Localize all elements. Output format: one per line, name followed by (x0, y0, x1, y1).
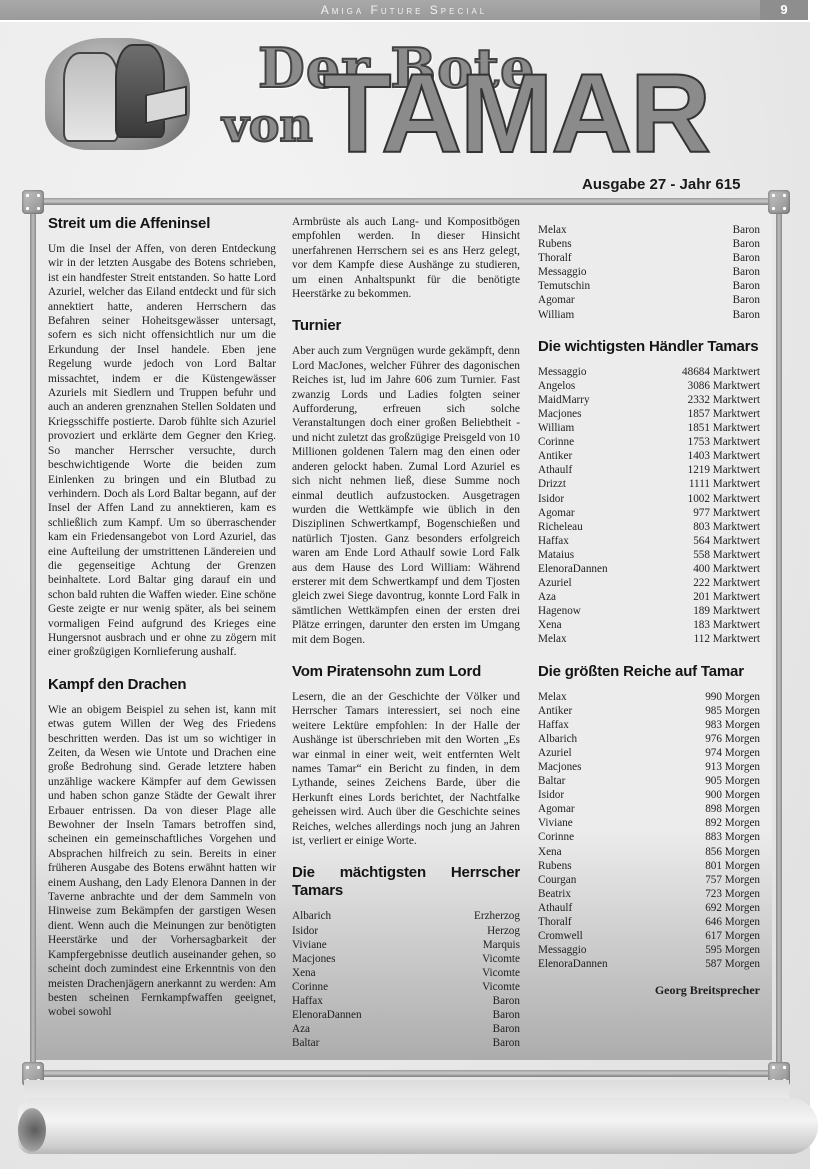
ruler-title: Baron (684, 265, 760, 279)
realm-owner: Haffax (538, 718, 662, 732)
market-value: 1111 Marktwert (643, 477, 760, 491)
realm-owner: Corinne (538, 830, 662, 844)
market-value: 112 Marktwert (643, 632, 760, 646)
article-body-affeninsel: Um die Insel der Affen, von deren Entdec… (48, 242, 276, 660)
realm-owner: Xena (538, 845, 662, 859)
ranking-title-reiche: Die größten Reiche auf Tamar (538, 663, 760, 681)
realm-size: 900 Morgen (662, 788, 760, 802)
issue-line: Ausgabe 27 - Jahr 615 (582, 176, 740, 193)
market-value: 201 Marktwert (643, 590, 760, 604)
magazine-header-bar: Amiga Future Special 9 (0, 0, 808, 20)
realm-size: 856 Morgen (662, 845, 760, 859)
ruler-name: Thoralf (538, 251, 684, 265)
table-row: Corinne1753 Marktwert (538, 435, 760, 449)
trader-name: Athaulf (538, 463, 643, 477)
trader-name: Haffax (538, 534, 643, 548)
trader-name: Mataius (538, 548, 643, 562)
trader-name: Agomar (538, 506, 643, 520)
masthead-tamar: TAMAR (323, 58, 709, 170)
realm-size: 913 Morgen (662, 760, 760, 774)
trader-name: Macjones (538, 407, 643, 421)
table-row: CorinneVicomte (292, 980, 520, 994)
realm-owner: Agomar (538, 802, 662, 816)
realm-owner: Antiker (538, 704, 662, 718)
realm-size: 801 Morgen (662, 859, 760, 873)
article-title-piratensohn: Vom Piratensohn zum Lord (292, 663, 520, 681)
table-row: HaffaxBaron (292, 994, 520, 1008)
market-value: 564 Marktwert (643, 534, 760, 548)
ruler-name: Corinne (292, 980, 429, 994)
market-value: 1857 Marktwert (643, 407, 760, 421)
trader-name: MaidMarry (538, 393, 643, 407)
table-row: Haffax983 Morgen (538, 718, 760, 732)
trader-name: Azuriel (538, 576, 643, 590)
realm-owner: Thoralf (538, 915, 662, 929)
ruler-name: Haffax (292, 994, 429, 1008)
realm-owner: Beatrix (538, 887, 662, 901)
realm-size: 976 Morgen (662, 732, 760, 746)
realm-owner: Cromwell (538, 929, 662, 943)
table-row: ThoralfBaron (538, 251, 760, 265)
ruler-title: Baron (684, 237, 760, 251)
market-value: 2332 Marktwert (643, 393, 760, 407)
top-scroll-rod (40, 198, 780, 205)
table-row: Agomar898 Morgen (538, 802, 760, 816)
ruler-title: Baron (684, 293, 760, 307)
table-row: AlbarichErzherzog (292, 909, 520, 923)
ruler-name: Xena (292, 966, 429, 980)
article-title-affeninsel: Streit um die Affeninsel (48, 215, 276, 233)
column-1: Streit um die Affeninsel Um die Insel de… (48, 215, 276, 1020)
ranking-title-herrscher: Die mächtigsten Herrscher Tamars (292, 864, 520, 900)
table-row: Athaulf692 Morgen (538, 901, 760, 915)
ruler-name: Agomar (538, 293, 684, 307)
realm-size: 985 Morgen (662, 704, 760, 718)
realm-size: 983 Morgen (662, 718, 760, 732)
table-row: Courgan757 Morgen (538, 873, 760, 887)
table-row: VivianeMarquis (292, 938, 520, 952)
ruler-title: Erzherzog (429, 909, 520, 923)
ranking-table-herrscher-part2: MelaxBaron RubensBaron ThoralfBaron Mess… (538, 223, 760, 322)
market-value: 977 Marktwert (643, 506, 760, 520)
market-value: 3086 Marktwert (643, 379, 760, 393)
table-row: Angelos3086 Marktwert (538, 379, 760, 393)
table-row: Thoralf646 Morgen (538, 915, 760, 929)
table-row: ElenoraDannen587 Morgen (538, 957, 760, 971)
ruler-title: Baron (684, 251, 760, 265)
article-body-piratensohn: Lesern, die an der Geschichte der Völker… (292, 690, 520, 848)
realm-size: 905 Morgen (662, 774, 760, 788)
ruler-title: Vicomte (429, 966, 520, 980)
table-row: RubensBaron (538, 237, 760, 251)
ranking-table-haendler: Messaggio48684 Marktwert Angelos3086 Mar… (538, 365, 760, 647)
realm-size: 646 Morgen (662, 915, 760, 929)
realm-owner: Courgan (538, 873, 662, 887)
ruler-title: Vicomte (429, 980, 520, 994)
trader-name: Richeleau (538, 520, 643, 534)
trader-name: Isidor (538, 492, 643, 506)
ruler-name: Aza (292, 1022, 429, 1036)
ranking-table-reiche: Melax990 Morgen Antiker985 Morgen Haffax… (538, 690, 760, 972)
left-frame-post (30, 205, 36, 1073)
ruler-name: Rubens (538, 237, 684, 251)
table-row: Corinne883 Morgen (538, 830, 760, 844)
ruler-title: Baron (429, 1022, 520, 1036)
table-row: Azuriel974 Morgen (538, 746, 760, 760)
ruler-title: Baron (684, 308, 760, 322)
masthead-von: von (222, 98, 313, 152)
table-row: WilliamBaron (538, 308, 760, 322)
realm-owner: Azuriel (538, 746, 662, 760)
table-row: Melax990 Morgen (538, 690, 760, 704)
ruler-title: Herzog (429, 924, 520, 938)
column-3: MelaxBaron RubensBaron ThoralfBaron Mess… (538, 223, 760, 998)
corner-knob-top-left-icon (22, 190, 44, 214)
table-row: Antiker985 Morgen (538, 704, 760, 718)
publication-title: Amiga Future Special (0, 3, 808, 17)
realm-size: 723 Morgen (662, 887, 760, 901)
table-row: Viviane892 Morgen (538, 816, 760, 830)
realm-size: 898 Morgen (662, 802, 760, 816)
ruler-title: Baron (429, 1008, 520, 1022)
trader-name: Messaggio (538, 365, 643, 379)
realm-size: 757 Morgen (662, 873, 760, 887)
table-row: Cromwell617 Morgen (538, 929, 760, 943)
table-row: ElenoraDannen400 Marktwert (538, 562, 760, 576)
realm-size: 587 Morgen (662, 957, 760, 971)
market-value: 48684 Marktwert (643, 365, 760, 379)
trader-name: ElenoraDannen (538, 562, 643, 576)
trader-name: Angelos (538, 379, 643, 393)
table-row: BaltarBaron (292, 1036, 520, 1050)
table-row: Athaulf1219 Marktwert (538, 463, 760, 477)
table-row: William1851 Marktwert (538, 421, 760, 435)
ruler-title: Baron (684, 223, 760, 237)
ruler-name: ElenoraDannen (292, 1008, 429, 1022)
ruler-title: Baron (429, 994, 520, 1008)
trader-name: William (538, 421, 643, 435)
table-row: Agomar977 Marktwert (538, 506, 760, 520)
ruler-title: Marquis (429, 938, 520, 952)
ruler-title: Baron (684, 279, 760, 293)
table-row: AzaBaron (292, 1022, 520, 1036)
table-row: Haffax564 Marktwert (538, 534, 760, 548)
article-body-turnier: Aber auch zum Vergnügen wurde gekämpft, … (292, 344, 520, 647)
ruler-title: Vicomte (429, 952, 520, 966)
table-row: Beatrix723 Morgen (538, 887, 760, 901)
table-row: Albarich976 Morgen (538, 732, 760, 746)
market-value: 400 Marktwert (643, 562, 760, 576)
ranking-table-herrscher-part1: AlbarichErzherzog IsidorHerzog VivianeMa… (292, 909, 520, 1050)
table-row: MaidMarry2332 Marktwert (538, 393, 760, 407)
table-row: ElenoraDannenBaron (292, 1008, 520, 1022)
market-value: 222 Marktwert (643, 576, 760, 590)
table-row: Isidor900 Morgen (538, 788, 760, 802)
market-value: 803 Marktwert (643, 520, 760, 534)
realm-size: 883 Morgen (662, 830, 760, 844)
trader-name: Melax (538, 632, 643, 646)
table-row: AgomarBaron (538, 293, 760, 307)
realm-owner: Messaggio (538, 943, 662, 957)
table-row: Azuriel222 Marktwert (538, 576, 760, 590)
corner-knob-top-right-icon (768, 190, 790, 214)
realm-size: 617 Morgen (662, 929, 760, 943)
realm-owner: Albarich (538, 732, 662, 746)
market-value: 183 Marktwert (643, 618, 760, 632)
market-value: 1002 Marktwert (643, 492, 760, 506)
page-number: 9 (760, 0, 808, 20)
table-row: Mataius558 Marktwert (538, 548, 760, 562)
table-row: XenaVicomte (292, 966, 520, 980)
table-row: Baltar905 Morgen (538, 774, 760, 788)
two-figures-illustration-icon (45, 38, 190, 150)
article-body-drachen-part2: Armbrüste als auch Lang- und Kompositbög… (292, 215, 520, 301)
table-row: Isidor1002 Marktwert (538, 492, 760, 506)
ruler-name: Temutschin (538, 279, 684, 293)
trader-name: Xena (538, 618, 643, 632)
market-value: 1753 Marktwert (643, 435, 760, 449)
table-row: Messaggio48684 Marktwert (538, 365, 760, 379)
realm-owner: Baltar (538, 774, 662, 788)
realm-size: 595 Morgen (662, 943, 760, 957)
article-title-drachen: Kampf den Drachen (48, 676, 276, 694)
realm-owner: Viviane (538, 816, 662, 830)
realm-size: 692 Morgen (662, 901, 760, 915)
realm-owner: Isidor (538, 788, 662, 802)
trader-name: Drizzt (538, 477, 643, 491)
realm-size: 892 Morgen (662, 816, 760, 830)
table-row: MacjonesVicomte (292, 952, 520, 966)
trader-name: Corinne (538, 435, 643, 449)
article-body-drachen-part1: Wie an obigem Beispiel zu sehen ist, kan… (48, 703, 276, 1020)
realm-owner: Melax (538, 690, 662, 704)
right-frame-post (776, 205, 782, 1073)
table-row: MelaxBaron (538, 223, 760, 237)
realm-size: 974 Morgen (662, 746, 760, 760)
column-2: Armbrüste als auch Lang- und Kompositbög… (292, 215, 520, 1050)
rolled-scroll-bottom (18, 1098, 818, 1154)
market-value: 1219 Marktwert (643, 463, 760, 477)
market-value: 189 Marktwert (643, 604, 760, 618)
ruler-name: William (538, 308, 684, 322)
realm-owner: Macjones (538, 760, 662, 774)
ruler-name: Viviane (292, 938, 429, 952)
market-value: 1851 Marktwert (643, 421, 760, 435)
table-row: Macjones1857 Marktwert (538, 407, 760, 421)
ruler-title: Baron (429, 1036, 520, 1050)
realm-owner: ElenoraDannen (538, 957, 662, 971)
ruler-name: Messaggio (538, 265, 684, 279)
trader-name: Hagenow (538, 604, 643, 618)
market-value: 1403 Marktwert (643, 449, 760, 463)
table-row: Aza201 Marktwert (538, 590, 760, 604)
ruler-name: Isidor (292, 924, 429, 938)
table-row: TemutschinBaron (538, 279, 760, 293)
article-title-turnier: Turnier (292, 317, 520, 335)
author-signature: Georg Breitsprecher (538, 983, 760, 997)
table-row: Hagenow189 Marktwert (538, 604, 760, 618)
table-row: Rubens801 Morgen (538, 859, 760, 873)
market-value: 558 Marktwert (643, 548, 760, 562)
ruler-name: Albarich (292, 909, 429, 923)
ruler-name: Baltar (292, 1036, 429, 1050)
table-row: MessaggioBaron (538, 265, 760, 279)
table-row: Richeleau803 Marktwert (538, 520, 760, 534)
realm-owner: Athaulf (538, 901, 662, 915)
table-row: Xena856 Morgen (538, 845, 760, 859)
table-row: Macjones913 Morgen (538, 760, 760, 774)
ruler-name: Melax (538, 223, 684, 237)
table-row: Drizzt1111 Marktwert (538, 477, 760, 491)
bottom-scroll-rod (40, 1070, 780, 1077)
ruler-name: Macjones (292, 952, 429, 966)
scroll-curl-icon (18, 1108, 46, 1152)
table-row: Antiker1403 Marktwert (538, 449, 760, 463)
trader-name: Aza (538, 590, 643, 604)
realm-owner: Rubens (538, 859, 662, 873)
table-row: Xena183 Marktwert (538, 618, 760, 632)
ranking-title-haendler: Die wichtigsten Händler Tamars (538, 338, 760, 356)
trader-name: Antiker (538, 449, 643, 463)
king-figure-icon (63, 52, 119, 142)
realm-size: 990 Morgen (662, 690, 760, 704)
table-row: Melax112 Marktwert (538, 632, 760, 646)
table-row: IsidorHerzog (292, 924, 520, 938)
table-row: Messaggio595 Morgen (538, 943, 760, 957)
